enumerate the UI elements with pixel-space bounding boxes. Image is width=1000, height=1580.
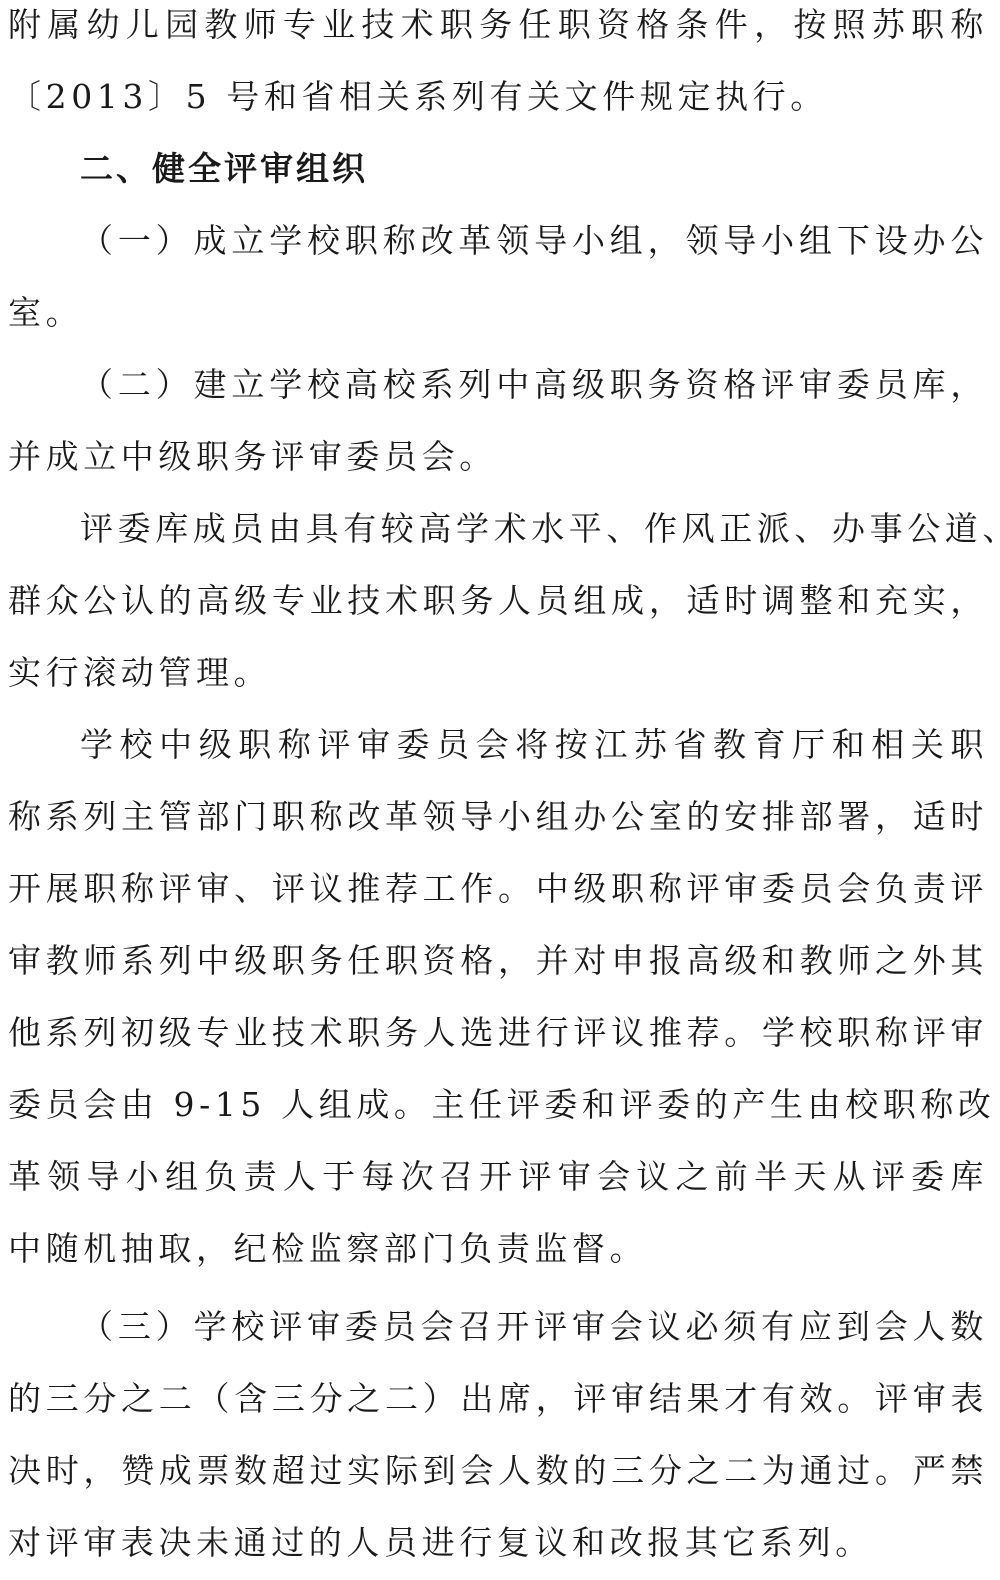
text-line: 〔2013〕5 号和省相关系列有关文件规定执行。: [8, 72, 988, 122]
text-line: 群众公认的高级专业技术职务人员组成，适时调整和充实，: [8, 576, 988, 626]
text-line: 他系列初级专业技术职务人选进行评议推荐。学校职称评审: [8, 1008, 988, 1058]
text-line: 学校中级职称评审委员会将按江苏省教育厅和相关职: [80, 720, 988, 770]
text-line: 室。: [8, 288, 988, 338]
text-line: 中随机抽取，纪检监察部门负责监督。: [8, 1224, 988, 1274]
text-line: 审教师系列中级职务任职资格，并对申报高级和教师之外其: [8, 936, 988, 986]
text-line: 称系列主管部门职称改革领导小组办公室的安排部署，适时: [8, 792, 988, 842]
text-line: 并成立中级职务评审委员会。: [8, 432, 988, 482]
text-line: 委员会由 9-15 人组成。主任评委和评委的产生由校职称改: [8, 1080, 988, 1130]
text-line: （一）成立学校职称改革领导小组，领导小组下设办公: [80, 216, 988, 266]
text-line: 开展职称评审、评议推荐工作。中级职称评审委员会负责评: [8, 864, 988, 914]
text-line: 的三分之二（含三分之二）出席，评审结果才有效。评审表: [8, 1374, 988, 1424]
text-line: 决时，赞成票数超过实际到会人数的三分之二为通过。严禁: [8, 1446, 988, 1496]
text-line: 附属幼儿园教师专业技术职务任职资格条件，按照苏职称: [8, 0, 988, 50]
text-line: 实行滚动管理。: [8, 648, 988, 698]
text-line: 评委库成员由具有较高学术水平、作风正派、办事公道、: [80, 504, 988, 554]
text-line: 革领导小组负责人于每次召开评审会议之前半天从评委库: [8, 1152, 988, 1202]
document-page: 附属幼儿园教师专业技术职务任职资格条件，按照苏职称 〔2013〕5 号和省相关系…: [0, 0, 1000, 1580]
text-line: 对评审表决未通过的人员进行复议和改报其它系列。: [8, 1518, 988, 1568]
section-heading: 二、健全评审组织: [80, 144, 988, 194]
text-line: （三）学校评审委员会召开评审会议必须有应到会人数: [80, 1302, 988, 1352]
text-line: （二）建立学校高校系列中高级职务资格评审委员库，: [80, 360, 988, 410]
